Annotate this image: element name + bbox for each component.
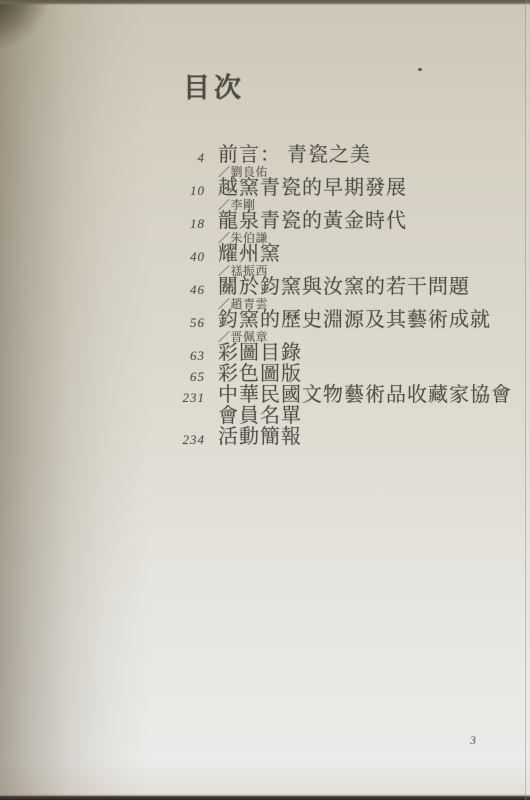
toc-entry-text: 龍泉青瓷的黃金時代 ／朱伯謙	[218, 211, 407, 244]
toc-list: 4 前言： 青瓷之美 ／劉良佑 10 越窯青瓷的早期發展 ／李剛 18 龍泉青瓷…	[150, 145, 525, 448]
toc-entry-text: 活動簡報	[218, 427, 302, 448]
toc-entry-text: 彩圖目錄	[218, 343, 302, 364]
toc-entry: 40 耀州窯 ／禚振西	[150, 244, 525, 277]
toc-entry-title: 越窯青瓷的早期發展	[218, 178, 407, 199]
toc-entry-title: 彩色圖版	[218, 364, 302, 385]
toc-entry: 10 越窯青瓷的早期發展 ／李剛	[150, 178, 525, 211]
toc-entry-text: 鈞窯的歷史淵源及其藝術成就 ／晋佩章	[218, 310, 491, 343]
toc-entry-page-number: 10	[150, 178, 205, 197]
toc-entry: 4 前言： 青瓷之美 ／劉良佑	[150, 145, 525, 178]
toc-entry-title: 鈞窯的歷史淵源及其藝術成就	[218, 310, 491, 331]
toc-entry: 231 中華民國文物藝術品收藏家協會會員名單	[150, 385, 525, 427]
toc-entry: 18 龍泉青瓷的黃金時代 ／朱伯謙	[150, 211, 525, 244]
toc-entry-title: 龍泉青瓷的黃金時代	[218, 211, 407, 232]
toc-entry-text: 彩色圖版	[218, 364, 302, 385]
toc-entry-page-number: 56	[150, 310, 205, 329]
book-page: 目次 4 前言： 青瓷之美 ／劉良佑 10 越窯青瓷的早期發展 ／李剛 18 龍…	[0, 0, 530, 800]
toc-entry-title: 活動簡報	[218, 427, 302, 448]
book-page-photo: 目次 4 前言： 青瓷之美 ／劉良佑 10 越窯青瓷的早期發展 ／李剛 18 龍…	[0, 0, 530, 800]
toc-entry-page-number: 46	[150, 277, 205, 296]
toc-entry-page-number: 18	[150, 211, 205, 230]
toc-entry-page-number: 65	[150, 364, 205, 383]
toc-entry-page-number: 40	[150, 244, 205, 263]
toc-entry-text: 中華民國文物藝術品收藏家協會會員名單	[218, 385, 518, 427]
toc-entry-text: 越窯青瓷的早期發展 ／李剛	[218, 178, 407, 211]
page-title: 目次	[183, 66, 245, 105]
toc-entry-text: 關於鈞窯與汝窯的若干問題 ／趙青雲	[218, 277, 470, 310]
toc-entry-text: 耀州窯 ／禚振西	[218, 244, 281, 277]
toc-entry: 65 彩色圖版	[150, 364, 525, 385]
toc-entry-page-number: 63	[150, 343, 205, 362]
toc-entry-text: 前言： 青瓷之美 ／劉良佑	[218, 145, 371, 178]
toc-entry-title: 彩圖目錄	[218, 343, 302, 364]
toc-entry-title: 關於鈞窯與汝窯的若干問題	[218, 277, 470, 298]
toc-entry: 234 活動簡報	[150, 427, 525, 448]
toc-entry-page-number: 231	[150, 385, 205, 404]
page-number: 3	[470, 733, 476, 748]
toc-entry-title: 前言： 青瓷之美	[218, 145, 371, 166]
toc-entry: 46 關於鈞窯與汝窯的若干問題 ／趙青雲	[150, 277, 525, 310]
toc-entry-page-number: 234	[150, 427, 205, 446]
toc-entry: 63 彩圖目錄	[150, 343, 525, 364]
toc-entry-title: 中華民國文物藝術品收藏家協會會員名單	[218, 385, 518, 427]
toc-entry-title: 耀州窯	[218, 244, 281, 265]
toc-entry-page-number: 4	[150, 145, 205, 164]
toc-entry: 56 鈞窯的歷史淵源及其藝術成就 ／晋佩章	[150, 310, 525, 343]
